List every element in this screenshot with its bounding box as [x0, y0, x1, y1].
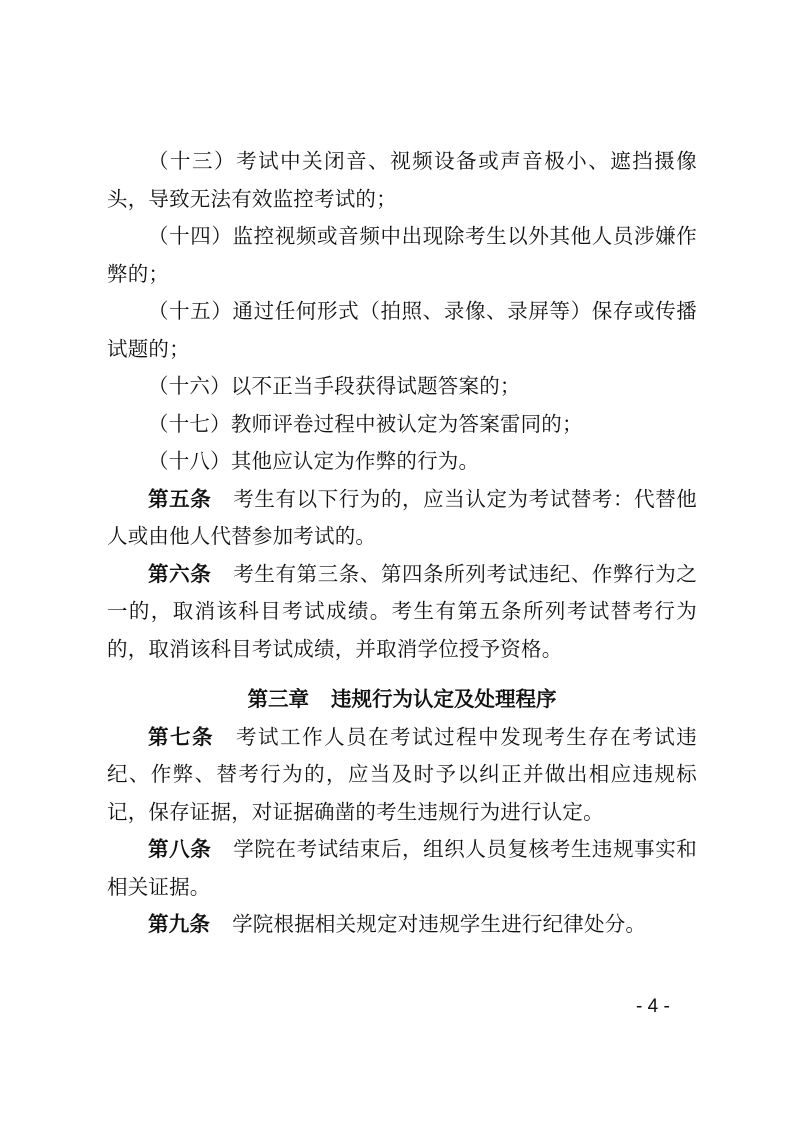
- page-number: - 4 -: [636, 996, 670, 1018]
- item-label: （十三）: [148, 149, 236, 173]
- item-label: （十八）: [148, 449, 231, 473]
- item-label: （十四）: [148, 224, 233, 248]
- article-9: 第九条学院根据相关规定对违规学生进行纪律处分。: [107, 906, 697, 944]
- article-label: 第五条: [148, 487, 211, 511]
- document-page: （十三）考试中关闭音、视频设备或声音极小、遮挡摄像头，导致无法有效监控考试的； …: [107, 143, 697, 944]
- article-6: 第六条考生有第三条、第四条所列考试违纪、作弊行为之一的，取消该科目考试成绩。考生…: [107, 556, 697, 669]
- article-text: 学院根据相关规定对违规学生进行纪律处分。: [232, 912, 646, 936]
- item-text: 其他应认定为作弊的行为。: [231, 449, 479, 473]
- list-item-15: （十五）通过任何形式（拍照、录像、录屏等）保存或传播试题的；: [107, 293, 697, 368]
- article-5: 第五条考生有以下行为的，应当认定为考试替考：代替他人或由他人代替参加考试的。: [107, 481, 697, 556]
- article-7: 第七条考试工作人员在考试过程中发现考生存在考试违纪、作弊、替考行为的，应当及时予…: [107, 719, 697, 832]
- article-8: 第八条学院在考试结束后，组织人员复核考生违规事实和相关证据。: [107, 831, 697, 906]
- article-label: 第七条: [148, 725, 214, 749]
- item-label: （十六）: [148, 374, 231, 398]
- article-label: 第九条: [148, 912, 210, 936]
- chapter-title: 违规行为认定及处理程序: [331, 687, 557, 711]
- chapter-number: 第三章: [248, 687, 310, 711]
- article-label: 第六条: [148, 562, 211, 586]
- item-label: （十七）: [148, 412, 231, 436]
- article-label: 第八条: [148, 837, 211, 861]
- list-item-16: （十六）以不正当手段获得试题答案的；: [107, 368, 697, 406]
- item-label: （十五）: [148, 299, 233, 323]
- chapter-heading: 第三章违规行为认定及处理程序: [107, 681, 697, 719]
- item-text: 教师评卷过程中被认定为答案雷同的；: [231, 412, 583, 436]
- list-item-17: （十七）教师评卷过程中被认定为答案雷同的；: [107, 406, 697, 444]
- list-item-14: （十四）监控视频或音频中出现除考生以外其他人员涉嫌作弊的；: [107, 218, 697, 293]
- list-item-13: （十三）考试中关闭音、视频设备或声音极小、遮挡摄像头，导致无法有效监控考试的；: [107, 143, 697, 218]
- list-item-18: （十八）其他应认定为作弊的行为。: [107, 443, 697, 481]
- item-text: 以不正当手段获得试题答案的；: [231, 374, 521, 398]
